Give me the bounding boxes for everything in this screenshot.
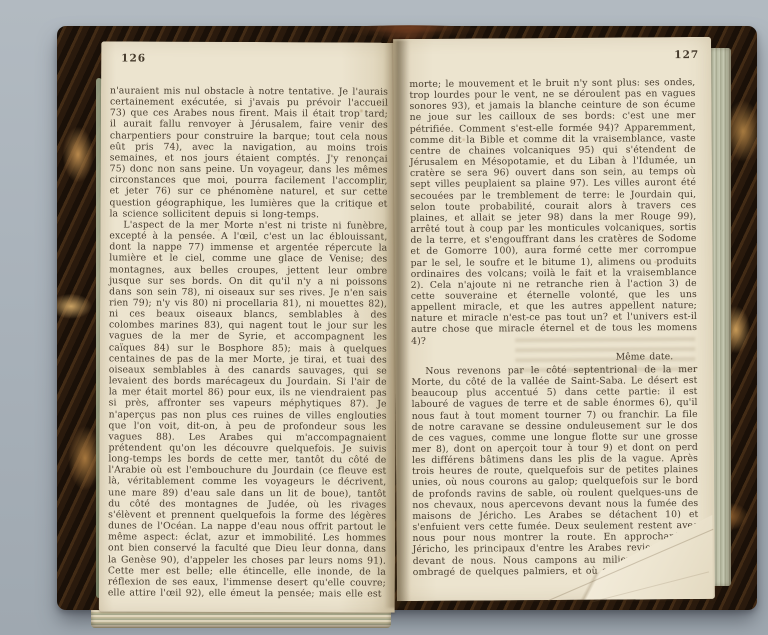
paragraph-continuation: n'auraient mis nul obstacle à notre tent…	[109, 85, 388, 220]
book-spine-head	[329, 25, 489, 39]
page-number-left: 126	[121, 52, 146, 64]
book: 126 n'auraient mis nul obstacle à notre …	[57, 26, 757, 610]
right-page-text: morte; le mouvement et le bruit n'y sont…	[409, 77, 698, 578]
gutter-shadow	[384, 40, 410, 608]
paragraph-continuation: morte; le mouvement et le bruit n'y sont…	[409, 77, 697, 347]
left-page: 126 n'auraient mis nul obstacle à notre …	[99, 41, 397, 612]
date-heading: Même date.	[411, 351, 697, 364]
photo-background: 126 n'auraient mis nul obstacle à notre …	[0, 0, 768, 635]
paragraph: L'aspect de la mer Morte n'est ni triste…	[108, 219, 388, 600]
right-page: 127 morte; le mouvement et le bruit n'y …	[393, 37, 715, 601]
page-bottom-edge-stack	[91, 610, 391, 628]
left-page-text: n'auraient mis nul obstacle à notre tent…	[108, 85, 388, 599]
page-number-right: 127	[674, 49, 699, 61]
